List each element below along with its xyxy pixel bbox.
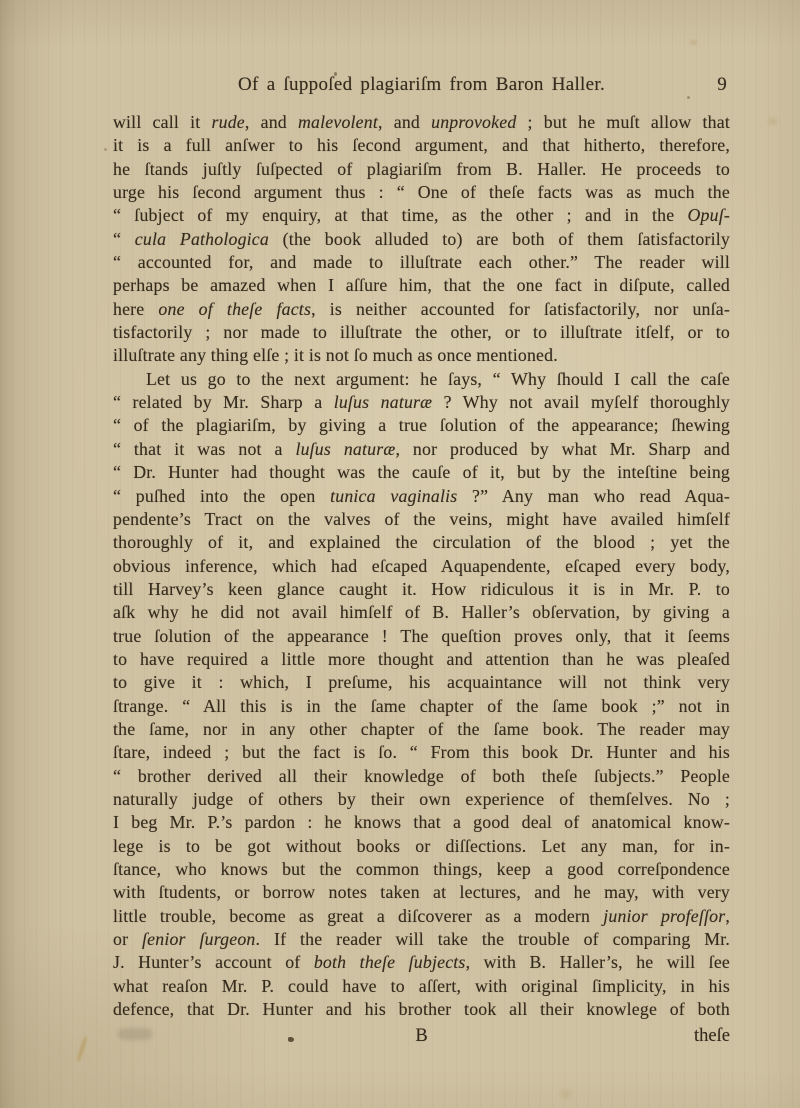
text-line: to give it : which, I preſume, his acqua… [113,671,730,694]
text-line: ſtare, indeed ; but the fact is ſo. “ Fr… [113,741,730,764]
text-line: illuſtrate any thing elſe ; it is not ſo… [113,344,730,367]
text-line: till Harvey’s keen glance caught it. How… [113,578,730,601]
text-line: “ accounted for, and made to illuſtrate … [113,251,730,274]
page-footer: B theſe [113,1024,730,1048]
text-line: little trouble, become as great a diſcov… [113,905,730,928]
text-line: what reaſon Mr. P. could have to aſſert,… [113,975,730,998]
page-number: 9 [717,72,727,98]
text-line: the ſame, nor in any other chapter of th… [113,718,730,741]
text-line: “ of the plagiariſm, by giving a true ſo… [113,414,730,437]
catchword: theſe [694,1024,730,1048]
text-line: tisfactorily ; nor made to illuſtrate th… [113,321,730,344]
page: Of a ſuppoſed plagiariſm from Baron Hall… [0,0,800,1108]
text-line: it is a full anſwer to his ſecond argume… [113,134,730,157]
paper-stain [768,118,777,125]
text-line: aſk why he did not avail himſelf of B. H… [113,601,730,624]
text-line: pendente’s Tract on the valves of the ve… [113,508,730,531]
paper-stain [76,1036,88,1062]
header-title: Of a ſuppoſed plagiariſm from Baron Hall… [113,72,730,98]
text-line: perhaps be amazed when I aſſure him, tha… [113,274,730,297]
text-line: “ cula Pathologica (the book alluded to)… [113,228,730,251]
text-line: will call it rude, and malevolent, and u… [113,111,730,134]
paper-stain [104,148,107,151]
text-line: ſtance, who knows but the common things,… [113,858,730,881]
text-line: or ſenior ſurgeon. If the reader will ta… [113,928,730,951]
text-line: lege is to be got without books or diſſe… [113,835,730,858]
text-line: here one of theſe facts, is neither acco… [113,298,730,321]
text-line: defence, that Dr. Hunter and his brother… [113,998,730,1021]
text-line: Let us go to the next argument: he ſays,… [113,368,730,391]
text-line: “ Dr. Hunter had thought was the cauſe o… [113,461,730,484]
text-line: to have required a little more thought a… [113,648,730,671]
text-line: “ related by Mr. Sharp a luſus naturæ ? … [113,391,730,414]
page-text: will call it rude, and malevolent, and u… [113,111,730,1021]
text-line: he ſtands juſtly ſuſpected of plagiariſm… [113,158,730,181]
text-line: “ ſubject of my enquiry, at that time, a… [113,204,730,227]
text-line: obvious inference, which had eſcaped Aqu… [113,555,730,578]
text-line: urge his ſecond argument thus : “ One of… [113,181,730,204]
text-line: J. Hunter’s account of both theſe ſubjec… [113,951,730,974]
text-line: ſtrange. “ All this is in the ſame chapt… [113,695,730,718]
text-line: thoroughly of it, and explained the circ… [113,531,730,554]
text-line: I beg Mr. P.’s pardon : he knows that a … [113,811,730,834]
page-header: Of a ſuppoſed plagiariſm from Baron Hall… [113,72,730,98]
text-line: “ puſhed into the open tunica vaginalis … [113,485,730,508]
text-line: naturally judge of others by their own e… [113,788,730,811]
paper-stain [690,40,697,45]
text-line: with ſtudents, or borrow notes taken at … [113,881,730,904]
paper-stain [560,1090,572,1098]
text-line: “ that it was not a luſus naturæ, nor pr… [113,438,730,461]
text-line: “ brother derived all their knowledge of… [113,765,730,788]
text-line: true ſolution of the appearance ! The qu… [113,625,730,648]
signature-letter: B [113,1024,730,1048]
